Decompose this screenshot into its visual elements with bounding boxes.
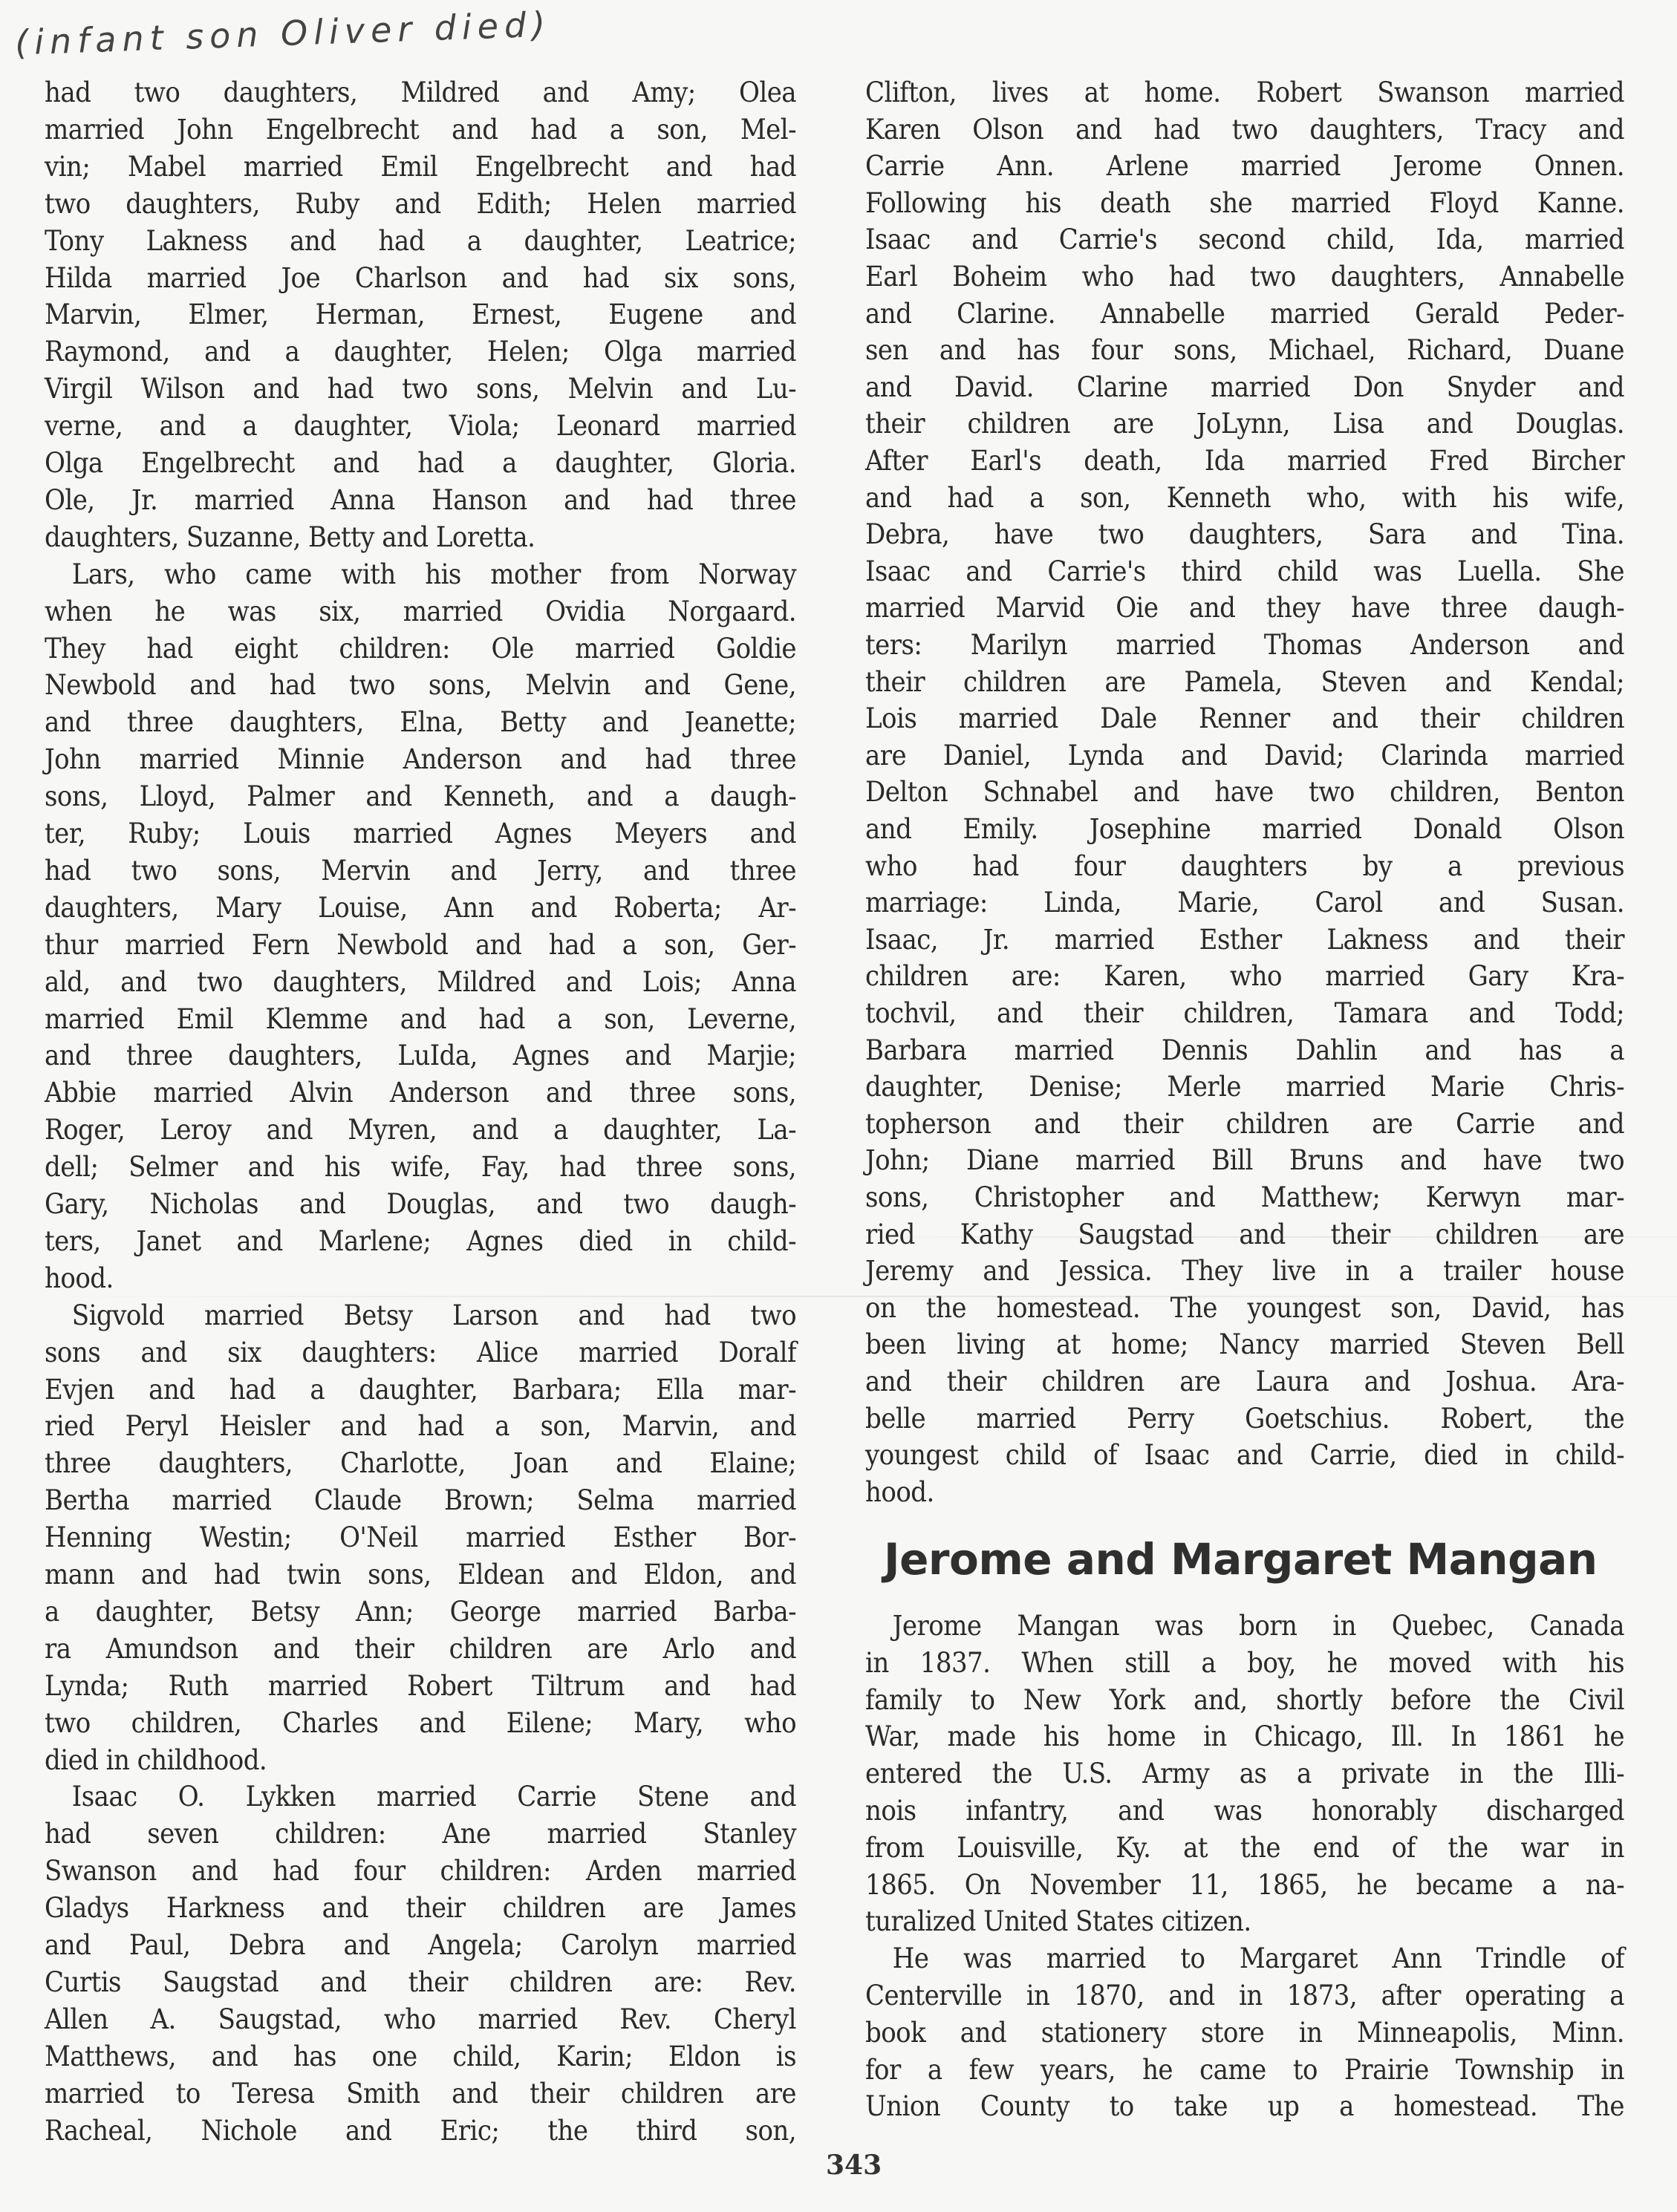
text-line: verne, and a daughter, Viola; Leonard ma… bbox=[45, 408, 796, 445]
text-line: Clifton, lives at home. Robert Swanson m… bbox=[865, 74, 1624, 111]
text-line: children are: Karen, who married Gary Kr… bbox=[865, 958, 1624, 995]
text-line: family to New York and, shortly before t… bbox=[865, 1682, 1624, 1719]
text-line: Earl Boheim who had two daughters, Annab… bbox=[865, 258, 1624, 296]
text-line: belle married Perry Goetschius. Robert, … bbox=[865, 1400, 1624, 1438]
text-line: hood. bbox=[45, 1260, 796, 1297]
text-line: Ole, Jr. married Anna Hanson and had thr… bbox=[45, 482, 796, 519]
text-line: Centerville in 1870, and in 1873, after … bbox=[865, 1977, 1624, 2014]
text-line: and Clarine. Annabelle married Gerald Pe… bbox=[865, 296, 1624, 333]
text-line: and had a son, Kenneth who, with his wif… bbox=[865, 480, 1624, 517]
text-line: Abbie married Alvin Anderson and three s… bbox=[45, 1074, 796, 1112]
text-line: Marvin, Elmer, Herman, Ernest, Eugene an… bbox=[45, 296, 796, 333]
text-line: Gary, Nicholas and Douglas, and two daug… bbox=[45, 1186, 796, 1223]
text-line: mann and had twin sons, Eldean and Eldon… bbox=[45, 1556, 796, 1593]
text-line: Isaac, Jr. married Esther Lakness and th… bbox=[865, 921, 1624, 959]
text-line: when he was six, married Ovidia Norgaard… bbox=[45, 593, 796, 630]
text-line: ried Peryl Heisler and had a son, Marvin… bbox=[45, 1408, 796, 1445]
text-line: John married Minnie Anderson and had thr… bbox=[45, 741, 796, 778]
text-line: and three daughters, Elna, Betty and Jea… bbox=[45, 704, 796, 741]
text-line: 1865. On November 11, 1865, he became a … bbox=[865, 1867, 1624, 1904]
text-line: dell; Selmer and his wife, Fay, had thre… bbox=[45, 1149, 796, 1186]
text-line: who had four daughters by a previous bbox=[865, 848, 1624, 885]
text-line: married Emil Klemme and had a son, Lever… bbox=[45, 1001, 796, 1038]
text-line: Allen A. Saugstad, who married Rev. Cher… bbox=[45, 2001, 796, 2038]
text-line: Bertha married Claude Brown; Selma marri… bbox=[45, 1482, 796, 1519]
text-line: died in childhood. bbox=[45, 1742, 796, 1779]
text-line: ra Amundson and their children are Arlo … bbox=[45, 1631, 796, 1668]
text-line: Barbara married Dennis Dahlin and has a bbox=[865, 1032, 1624, 1069]
text-line: After Earl's death, Ida married Fred Bir… bbox=[865, 443, 1624, 480]
text-line: Isaac and Carrie's second child, Ida, ma… bbox=[865, 221, 1624, 258]
text-line: entered the U.S. Army as a private in th… bbox=[865, 1755, 1624, 1792]
text-line: Racheal, Nichole and Eric; the third son… bbox=[45, 2113, 796, 2150]
text-line: for a few years, he came to Prairie Town… bbox=[865, 2052, 1624, 2089]
text-line: daughters, Suzanne, Betty and Loretta. bbox=[45, 519, 796, 556]
text-line: on the homestead. The youngest son, Davi… bbox=[865, 1290, 1624, 1327]
text-line: and Emily. Josephine married Donald Olso… bbox=[865, 811, 1624, 848]
text-line: are Daniel, Lynda and David; Clarinda ma… bbox=[865, 737, 1624, 774]
text-line: thur married Fern Newbold and had a son,… bbox=[45, 927, 796, 964]
text-line: daughter, Denise; Merle married Marie Ch… bbox=[865, 1069, 1624, 1106]
text-line: two daughters, Ruby and Edith; Helen mar… bbox=[45, 186, 796, 223]
text-line: Isaac and Carrie's third child was Luell… bbox=[865, 553, 1624, 590]
text-line: hood. bbox=[865, 1474, 1624, 1511]
text-line: vin; Mabel married Emil Engelbrecht and … bbox=[45, 149, 796, 186]
text-line: ters, Janet and Marlene; Agnes died in c… bbox=[45, 1223, 796, 1260]
text-line: ried Kathy Saugstad and their children a… bbox=[865, 1216, 1624, 1253]
text-line: Matthews, and has one child, Karin; Eldo… bbox=[45, 2038, 796, 2075]
text-line: Lynda; Ruth married Robert Tiltrum and h… bbox=[45, 1668, 796, 1705]
text-line: Swanson and had four children: Arden mar… bbox=[45, 1853, 796, 1890]
text-line: Hilda married Joe Charlson and had six s… bbox=[45, 260, 796, 297]
text-line: ter, Ruby; Louis married Agnes Meyers an… bbox=[45, 815, 796, 852]
text-line: topherson and their children are Carrie … bbox=[865, 1106, 1624, 1143]
section-heading: Jerome and Margaret Mangan bbox=[884, 1533, 1624, 1585]
text-line: tochvil, and their children, Tamara and … bbox=[865, 995, 1624, 1032]
page-number: 343 bbox=[826, 2150, 882, 2181]
text-line: Raymond, and a daughter, Helen; Olga mar… bbox=[45, 333, 796, 371]
text-line: turalized United States citizen. bbox=[865, 1903, 1624, 1940]
text-line: They had eight children: Ole married Gol… bbox=[45, 630, 796, 668]
text-line: Jerome Mangan was born in Quebec, Canada bbox=[865, 1608, 1624, 1645]
text-line: Henning Westin; O'Neil married Esther Bo… bbox=[45, 1519, 796, 1556]
handwritten-note: (infant son Oliver died) bbox=[14, 4, 552, 62]
text-line: had two sons, Mervin and Jerry, and thre… bbox=[45, 852, 796, 890]
text-line: and their children are Laura and Joshua.… bbox=[865, 1363, 1624, 1400]
text-line: Isaac O. Lykken married Carrie Stene and bbox=[45, 1778, 796, 1815]
text-line: in 1837. When still a boy, he moved with… bbox=[865, 1645, 1624, 1682]
text-line: had seven children: Ane married Stanley bbox=[45, 1815, 796, 1853]
text-line: Newbold and had two sons, Melvin and Gen… bbox=[45, 667, 796, 704]
text-line: Following his death she married Floyd Ka… bbox=[865, 185, 1624, 222]
text-line: Sigvold married Betsy Larson and had two bbox=[45, 1297, 796, 1334]
text-line: Union County to take up a homestead. The bbox=[865, 2088, 1624, 2125]
text-line: Gladys Harkness and their children are J… bbox=[45, 1890, 796, 1927]
text-line: married John Engelbrecht and had a son, … bbox=[45, 111, 796, 149]
text-line: and three daughters, LuIda, Agnes and Ma… bbox=[45, 1037, 796, 1074]
text-line: married Marvid Oie and they have three d… bbox=[865, 590, 1624, 627]
scanned-page: (infant son Oliver died) had two daughte… bbox=[0, 0, 1677, 2212]
text-line: and Paul, Debra and Angela; Carolyn marr… bbox=[45, 1927, 796, 1964]
text-line: Tony Lakness and had a daughter, Leatric… bbox=[45, 223, 796, 260]
text-line: John; Diane married Bill Bruns and have … bbox=[865, 1142, 1624, 1179]
text-line: daughters, Mary Louise, Ann and Roberta;… bbox=[45, 890, 796, 927]
text-line: Delton Schnabel and have two children, B… bbox=[865, 774, 1624, 811]
text-line: Debra, have two daughters, Sara and Tina… bbox=[865, 516, 1624, 553]
text-line: from Louisville, Ky. at the end of the w… bbox=[865, 1830, 1624, 1867]
text-line: War, made his home in Chicago, Ill. In 1… bbox=[865, 1718, 1624, 1755]
text-line: Olga Engelbrecht and had a daughter, Glo… bbox=[45, 445, 796, 482]
text-line: book and stationery store in Minneapolis… bbox=[865, 2014, 1624, 2052]
text-line: their children are Pamela, Steven and Ke… bbox=[865, 664, 1624, 701]
text-line: sons and six daughters: Alice married Do… bbox=[45, 1334, 796, 1371]
text-line: Curtis Saugstad and their children are: … bbox=[45, 1964, 796, 2001]
text-line: ters: Marilyn married Thomas Anderson an… bbox=[865, 627, 1624, 664]
text-line: marriage: Linda, Marie, Carol and Susan. bbox=[865, 884, 1624, 921]
text-line: Karen Olson and had two daughters, Tracy… bbox=[865, 111, 1624, 149]
text-line: been living at home; Nancy married Steve… bbox=[865, 1326, 1624, 1363]
text-line: He was married to Margaret Ann Trindle o… bbox=[865, 1940, 1624, 1977]
text-line: Evjen and had a daughter, Barbara; Ella … bbox=[45, 1371, 796, 1409]
text-line: Lars, who came with his mother from Norw… bbox=[45, 556, 796, 593]
text-line: Roger, Leroy and Myren, and a daughter, … bbox=[45, 1112, 796, 1149]
text-line: Virgil Wilson and had two sons, Melvin a… bbox=[45, 371, 796, 408]
text-line: three daughters, Charlotte, Joan and Ela… bbox=[45, 1445, 796, 1482]
text-line: a daughter, Betsy Ann; George married Ba… bbox=[45, 1593, 796, 1631]
text-line: sons, Christopher and Matthew; Kerwyn ma… bbox=[865, 1179, 1624, 1216]
text-line: and David. Clarine married Don Snyder an… bbox=[865, 369, 1624, 406]
text-line: married to Teresa Smith and their childr… bbox=[45, 2075, 796, 2113]
text-line: youngest child of Isaac and Carrie, died… bbox=[865, 1437, 1624, 1474]
text-line: two children, Charles and Eilene; Mary, … bbox=[45, 1705, 796, 1742]
text-line: Lois married Dale Renner and their child… bbox=[865, 700, 1624, 737]
text-line: Jeremy and Jessica. They live in a trail… bbox=[865, 1253, 1624, 1290]
text-line: had two daughters, Mildred and Amy; Olea bbox=[45, 74, 796, 111]
text-line: sen and has four sons, Michael, Richard,… bbox=[865, 332, 1624, 369]
text-line: ald, and two daughters, Mildred and Lois… bbox=[45, 964, 796, 1001]
text-line: sons, Lloyd, Palmer and Kenneth, and a d… bbox=[45, 778, 796, 815]
text-line: Carrie Ann. Arlene married Jerome Onnen. bbox=[865, 148, 1624, 185]
text-line: nois infantry, and was honorably dischar… bbox=[865, 1792, 1624, 1830]
text-line: their children are JoLynn, Lisa and Doug… bbox=[865, 405, 1624, 443]
